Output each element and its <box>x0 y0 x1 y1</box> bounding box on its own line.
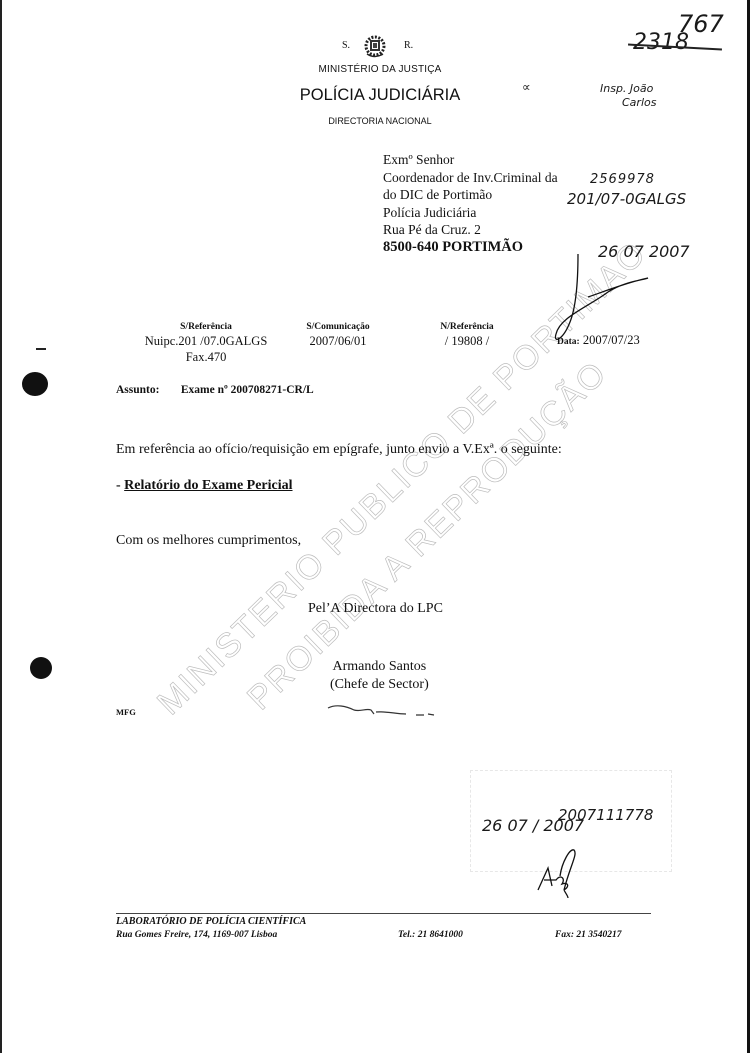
addressee-line-4: Rua Pé da Cruz. 2 <box>383 221 558 239</box>
handwritten-note: Insp. João Carlos <box>600 82 656 110</box>
ref-label: S/Referência <box>140 321 272 333</box>
crest-row: S. R. <box>342 34 432 60</box>
punch-hole <box>22 372 48 396</box>
ref-your-communication: S/Comunicação 2007/06/01 <box>294 321 382 349</box>
handwritten-mark: ∝ <box>522 80 531 94</box>
footer-telephone: Tel.: 21 8641000 <box>398 930 463 940</box>
ref-value: Nuipc.201 /07.0GALGS <box>140 333 272 349</box>
typist-initials: MFG <box>116 707 136 717</box>
addressee-block: Exmº Senhor Coordenador de Inv.Criminal … <box>383 151 558 256</box>
body-paragraph: Em referência ao ofício/requisição em ep… <box>116 442 562 458</box>
ref-our-reference: N/Referência / 19808 / <box>425 321 509 349</box>
crest-right-letter: R. <box>404 40 413 51</box>
date-value: 2007/07/23 <box>583 333 640 347</box>
document-date: Data: 2007/07/23 <box>557 333 640 348</box>
enclosure-prefix: - <box>116 478 124 493</box>
document-page: MINISTERIO PUBLICO DE PORTIMAO PROIBIDA … <box>0 0 750 1053</box>
handwritten-signature <box>326 702 436 722</box>
signature-block: Armando Santos (Chefe de Sector) <box>330 658 429 694</box>
handwritten-note-line-2: Carlos <box>600 96 656 110</box>
handwritten-stamp-date: 26 07 / 2007 <box>482 816 584 835</box>
addressee-line-1: Coordenador de Inv.Criminal da <box>383 169 558 187</box>
enclosure-item: - Relatório do Exame Pericial <box>116 478 293 494</box>
footer-divider <box>116 913 651 914</box>
ref-label: S/Comunicação <box>294 321 382 333</box>
coat-of-arms-icon <box>362 34 388 58</box>
crest-left-letter: S. <box>342 40 350 51</box>
ref-label: N/Referência <box>425 321 509 333</box>
department-name: DIRECTORIA NACIONAL <box>0 116 750 126</box>
handwritten-process-ref: 201/07-0GALGS <box>567 190 686 208</box>
ref-value: / 19808 / <box>425 333 509 349</box>
scan-edge-left <box>0 0 2 1053</box>
handwritten-initials <box>534 846 584 898</box>
footer-lab-name: LABORATÓRIO DE POLÍCIA CIENTÍFICA <box>116 916 306 927</box>
enclosure-title: Relatório do Exame Pericial <box>124 478 292 493</box>
closing-text: Com os melhores cumprimentos, <box>116 533 301 549</box>
signatory-role: (Chefe de Sector) <box>330 676 429 694</box>
addressee-line-2: do DIC de Portimão <box>383 186 558 204</box>
punch-hole <box>30 657 52 679</box>
signatory-name: Armando Santos <box>330 658 429 676</box>
handwritten-old-page-number: 2318 <box>633 30 689 55</box>
subject-value: Exame nº 200708271-CR/L <box>181 384 314 396</box>
addressee-line-3: Polícia Judiciária <box>383 204 558 222</box>
footer-fax: Fax: 21 3540217 <box>555 930 622 940</box>
ref-your-reference: S/Referência Nuipc.201 /07.0GALGS Fax.47… <box>140 321 272 365</box>
subject-line: Assunto: Exame nº 200708271-CR/L <box>116 384 314 396</box>
subject-label: Assunto: <box>116 384 178 396</box>
addressee-postal: 8500-640 PORTIMÃO <box>383 239 558 257</box>
margin-dash <box>36 348 46 350</box>
ministry-name: MINISTÉRIO DA JUSTIÇA <box>0 64 750 75</box>
signature-on-behalf: Pel’A Directora do LPC <box>308 601 443 617</box>
ref-value: 2007/06/01 <box>294 333 382 349</box>
addressee-salutation: Exmº Senhor <box>383 151 558 169</box>
handwritten-ref-number: 2569978 <box>590 172 655 187</box>
handwritten-note-line-1: Insp. João <box>600 82 656 96</box>
footer-address: Rua Gomes Freire, 174, 1169-007 Lisboa <box>116 930 277 940</box>
ref-value-2: Fax.470 <box>140 349 272 365</box>
date-label: Data: <box>557 337 580 347</box>
